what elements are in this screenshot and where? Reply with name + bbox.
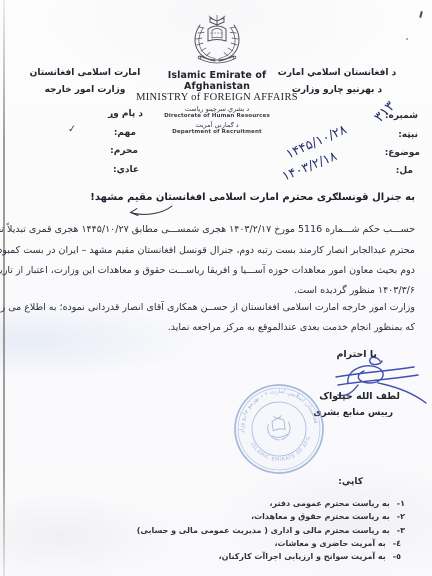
photo-artifact [406, 38, 408, 40]
cc-item-number: ٥- [393, 552, 401, 561]
priority-heading: د پام وړ [108, 109, 143, 119]
body1-line3: دوم بحیث معاون امور معاهدات حوزه آســـیا… [17, 265, 415, 276]
paper-edge-line [3, 0, 5, 576]
ministry-stamp: د افغانستان اسلامي امارت ٭ د بهرنیو چارو… [228, 378, 331, 481]
cc-item-text: به ریاست محترم عمومی دفتر، [269, 499, 389, 508]
body1-line1: حســـب حکم شـــماره 5116 مورخ ۱۴۰۳/۲/۱۷ … [17, 224, 415, 235]
attachment-label: مل: [396, 166, 413, 176]
department-pashto: د ګمارنې آمریت [136, 121, 298, 129]
header-dari-line1: امارت اسلامی افغانستان [20, 65, 150, 82]
cc-item: ۱- به ریاست محترم عمومی دفتر، [269, 499, 405, 508]
subject-label: موضوع: [385, 148, 420, 158]
signer-name: لطف الله خپلواک [319, 391, 400, 402]
cc-item-number: ۲- [397, 512, 405, 521]
directorate-pashto: د بشري سرچینو ریاست [136, 105, 298, 113]
cc-item-text: به آمریت حاضری و معاشات، [274, 539, 385, 548]
body1-line4: ۱۴۰۳/۳/۶ منظور گردیده است. [17, 285, 415, 296]
cc-item: ٥- به آمریت سوانح و ارزیابی اجراآت کارکن… [219, 552, 401, 561]
cc-item: ۳- به ریاست محترم مالی و اداری ( مدیریت … [137, 526, 405, 535]
body1-line2: محترم عبدالجابر انصار کارمند بست رتبه دو… [17, 245, 415, 256]
header-dari-block: امارت اسلامی افغانستان وزارت امور خارجه [20, 65, 150, 99]
body2-line1: وزارت امور خارجه امارت اسلامی افغانستان … [17, 302, 415, 313]
photo-artifact [419, 11, 423, 18]
ministry-name-en2: MINISTRY of FOREIGN AFFAIRS [136, 92, 298, 103]
number-value-handwritten: ۳۱۳ [371, 98, 398, 125]
cc-item: ۲- به ریاست محترم حقوق و معاهدات، [251, 512, 405, 521]
cc-item-number: ۱- [397, 499, 405, 508]
cc-item-number: ٤- [393, 539, 401, 548]
national-emblem-icon [187, 15, 247, 65]
cc-item-text: به ریاست محترم حقوق و معاهدات، [251, 512, 390, 521]
cc-item: ٤- به آمریت حاضری و معاشات، [274, 539, 401, 548]
normal-label: عادي: [113, 165, 139, 175]
department-english: Department of Recruitment [136, 129, 298, 135]
salutation-line: به جنرال قونسلګری محترم امارت اسلامی افغ… [90, 192, 415, 203]
body2-line2: که بمنظور انجام خدمت بعدی عندالموقع به م… [17, 322, 415, 333]
cc-item-number: ۳- [397, 526, 405, 535]
header-dari-line2: وزارت امور خارجه [20, 82, 150, 99]
cc-item-text: به آمریت سوانح و ارزیابی اجراآت کارکنان، [219, 552, 386, 561]
directorate-english: Directorate of Human Resources [136, 113, 298, 119]
confidential-label: محرم: [110, 146, 138, 156]
date-label: نېټه: [398, 130, 418, 140]
cc-item-text: به ریاست محترم مالی و اداری ( مدیریت عمو… [137, 526, 390, 535]
cc-label: کاپي: [338, 477, 363, 487]
header-center-block: Islamic Emirate of Afghanistan MINISTRY … [136, 70, 298, 135]
checkmark-icon: ✓ [67, 124, 76, 136]
arrow-swoosh-icon [126, 203, 174, 217]
ministry-name-en1: Islamic Emirate of Afghanistan [136, 70, 298, 92]
scanned-letter-page: امارت اسلامی افغانستان وزارت امور خارجه … [0, 0, 432, 576]
important-label: مهم: [114, 128, 136, 138]
signer-title: رییس منابع بشری [313, 408, 393, 418]
